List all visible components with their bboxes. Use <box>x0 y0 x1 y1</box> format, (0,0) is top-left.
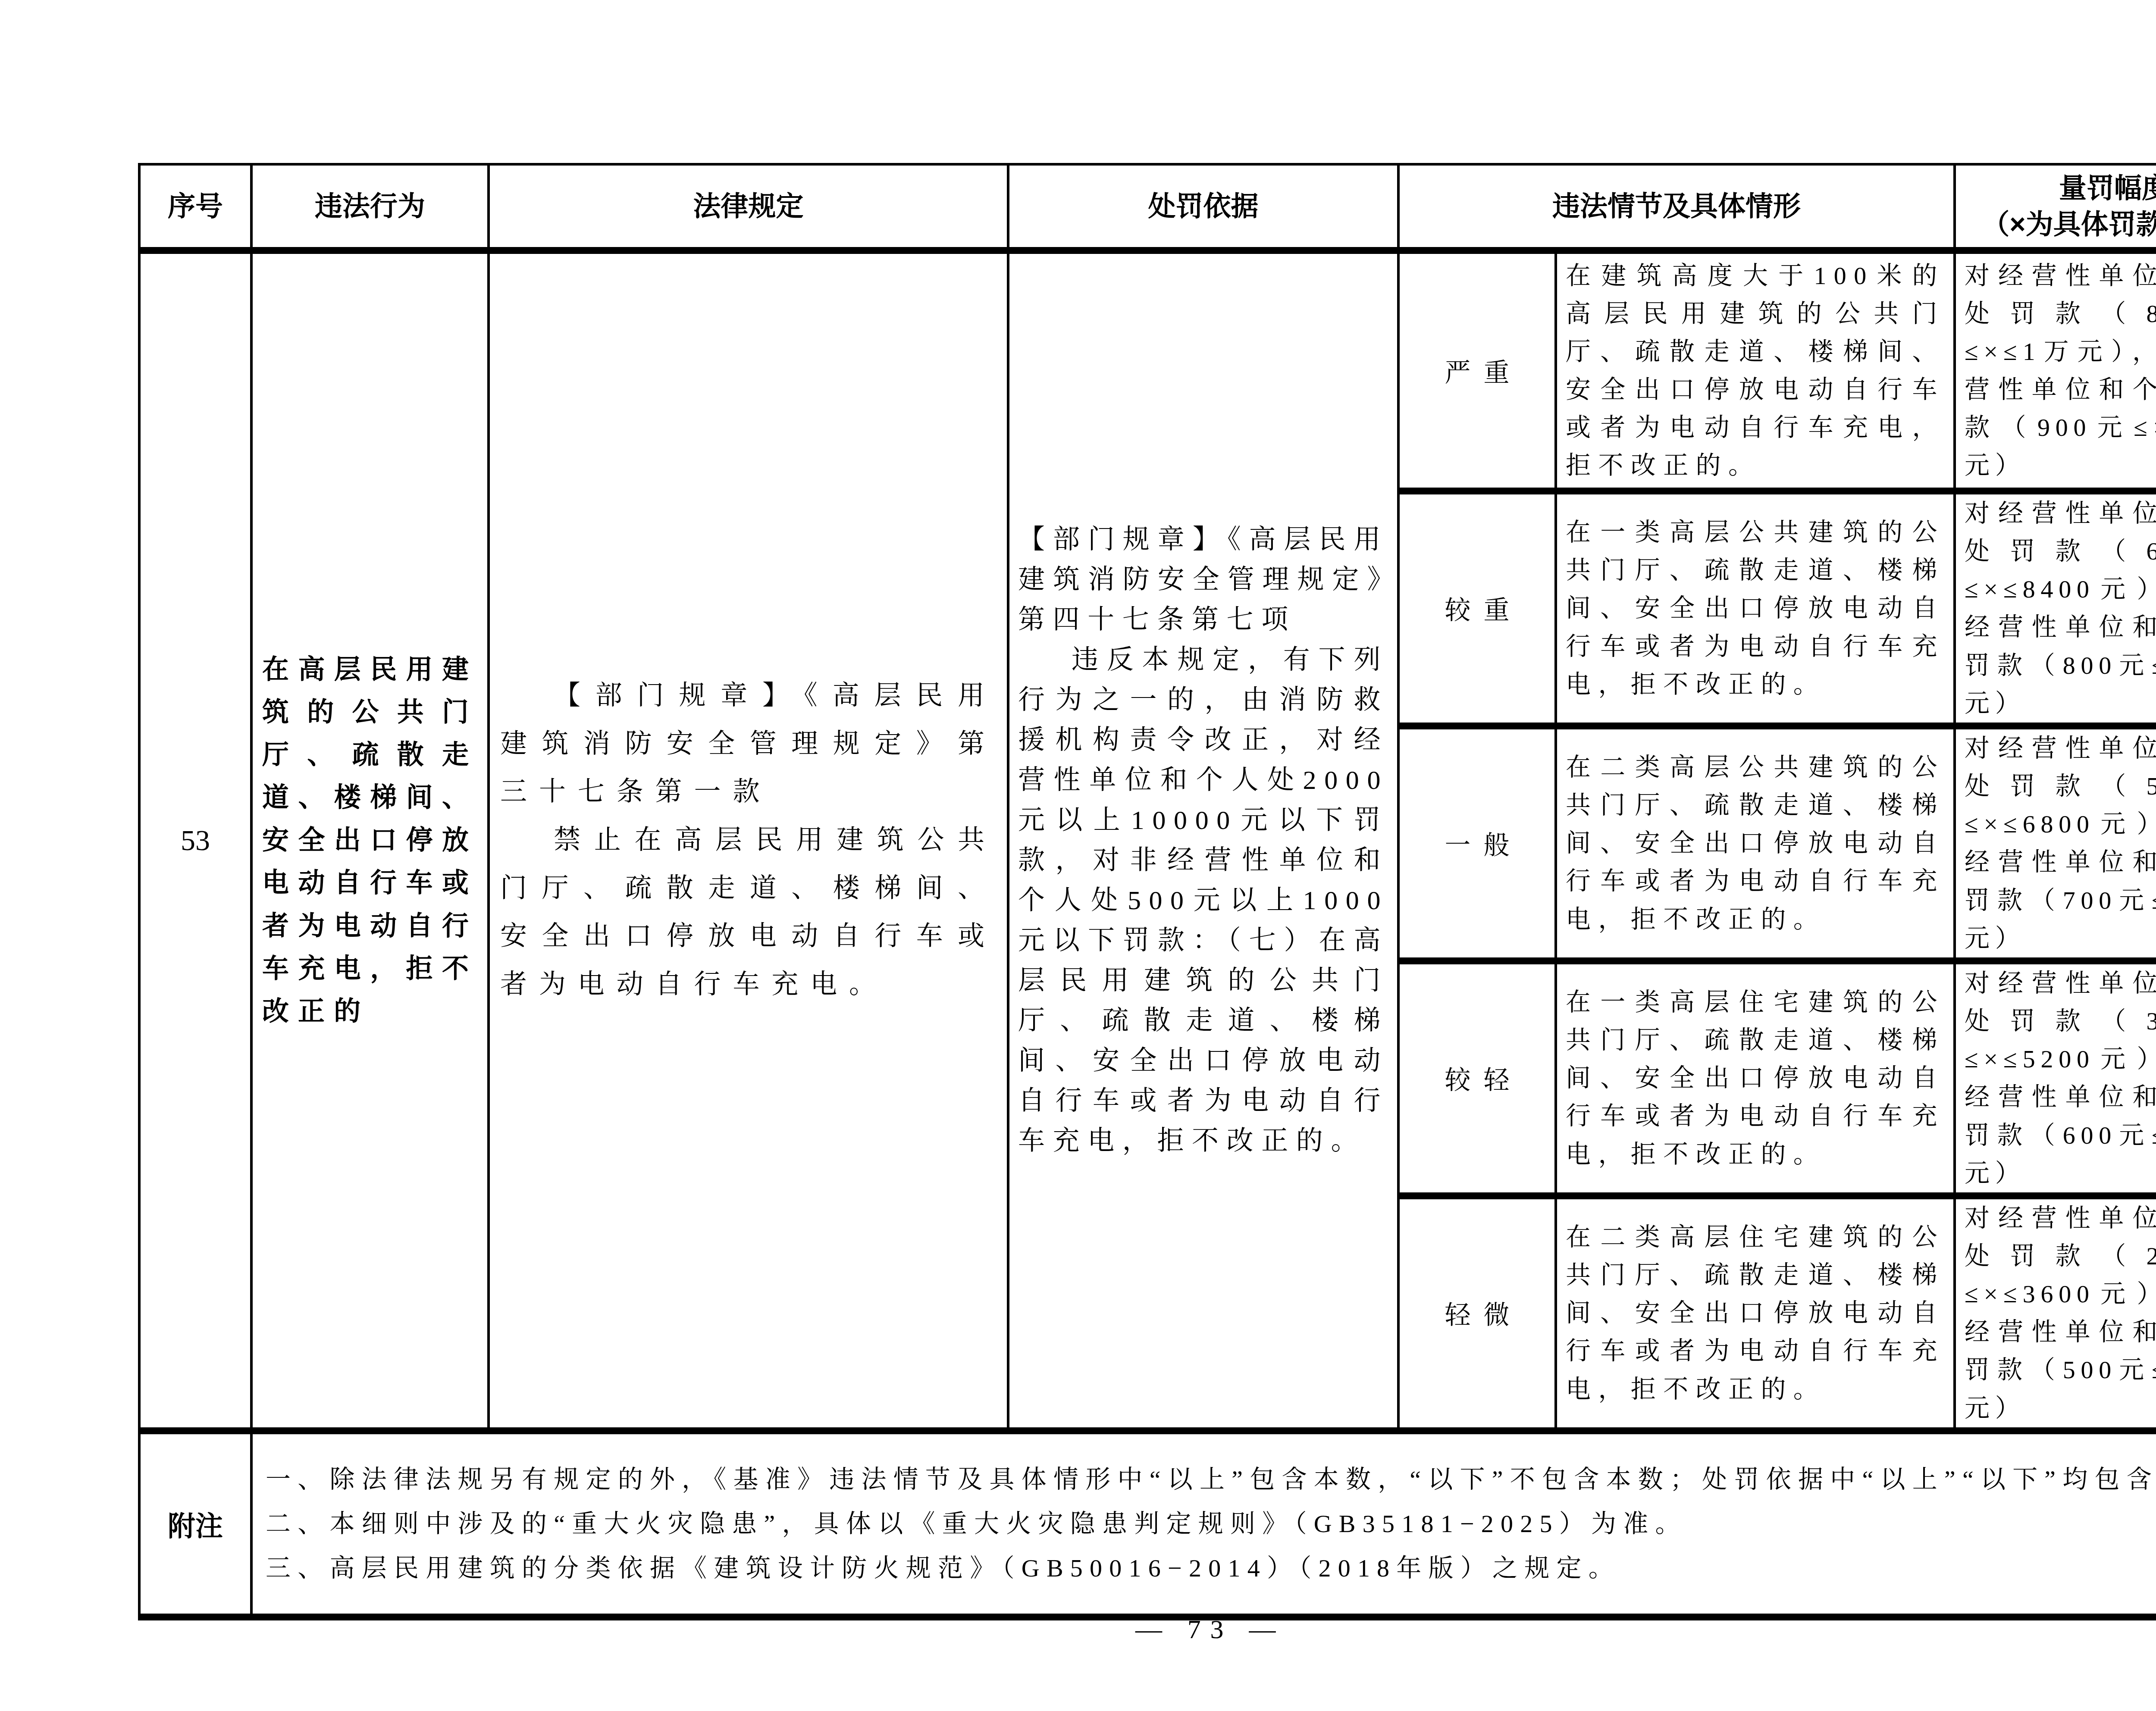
header-legal-label: 法律规定 <box>693 191 804 222</box>
table-header-row: 序号 违法行为 法律规定 处罚依据 违法情节及具体情形 量罚幅度 （×为具体罚款… <box>139 164 2156 250</box>
severity-level-serious: 较重 <box>1398 491 1556 726</box>
fine-range-slight: 对经营性单位和个人处罚款（2000元≤×≤3600元），对非经营性单位和个人处罚… <box>1955 1196 2156 1431</box>
fine-range-general: 对经营性单位和个人处罚款（5200元≤×≤6800元），对非经营性单位和个人处罚… <box>1955 726 2156 961</box>
situation-description-text: 在建筑高度大于100米的高层民用建筑的公共门厅、疏散走道、楼梯间、安全出口停放电… <box>1566 262 1945 480</box>
notes-label-cell: 附注 <box>139 1431 251 1617</box>
severity-level-label: 较轻 <box>1445 1066 1523 1095</box>
header-range-line2: （×为具体罚款金额） <box>1960 206 2156 242</box>
severity-level-label: 一般 <box>1445 831 1523 860</box>
header-behavior-label: 违法行为 <box>315 191 425 222</box>
header-behavior: 违法行为 <box>251 164 489 250</box>
situation-description-minor: 在一类高层住宅建筑的公共门厅、疏散走道、楼梯间、安全出口停放电动自行车或者为电动… <box>1556 961 1955 1196</box>
header-situation: 违法情节及具体情形 <box>1398 164 1955 250</box>
illegal-behavior-cell: 在高层民用建筑的公共门厅、疏散走道、楼梯间、安全出口停放电动自行车或者为电动自行… <box>251 250 489 1431</box>
note-item-1: 一、除法律法规另有规定的外，《基准》违法情节及具体情形中“以上”包含本数，“以下… <box>266 1457 2156 1501</box>
note-item-2: 二、本细则中涉及的“重大火灾隐患”，具体以《重大火灾隐患判定规则》（GB3518… <box>266 1501 2156 1546</box>
legal-provision-p1: 【部门规章】《高层民用建筑消防安全管理规定》第三十七条第一款 <box>500 672 997 816</box>
severity-level-label: 严重 <box>1445 359 1523 387</box>
penalty-basis-cell: 【部门规章】《高层民用建筑消防安全管理规定》第四十七条第七项 违反本规定，有下列… <box>1008 250 1398 1431</box>
legal-provision-p2: 禁止在高层民用建筑公共门厅、疏散走道、楼梯间、安全出口停放电动自行车或者为电动自… <box>500 816 997 1009</box>
severity-level-severe: 严重 <box>1398 250 1556 491</box>
fine-range-text: 对经营性单位和个人处罚款（2000元≤×≤3600元），对非经营性单位和个人处罚… <box>1965 1204 2156 1422</box>
table-row-severe: 53 在高层民用建筑的公共门厅、疏散走道、楼梯间、安全出口停放电动自行车或者为电… <box>139 250 2156 491</box>
legal-provision-cell: 【部门规章】《高层民用建筑消防安全管理规定》第三十七条第一款 禁止在高层民用建筑… <box>489 250 1008 1431</box>
fine-range-minor: 对经营性单位和个人处罚款（3600元≤×≤5200元），对非经营性单位和个人处罚… <box>1955 961 2156 1196</box>
fine-range-text: 对经营性单位和个人处罚款（8400元≤×≤1万元），对非经营性单位和个人处罚款（… <box>1965 262 2156 480</box>
situation-description-serious: 在一类高层公共建筑的公共门厅、疏散走道、楼梯间、安全出口停放电动自行车或者为电动… <box>1556 491 1955 726</box>
header-legal: 法律规定 <box>489 164 1008 250</box>
header-range: 量罚幅度 （×为具体罚款金额） <box>1955 164 2156 250</box>
serial-number: 53 <box>181 824 210 857</box>
fine-range-text: 对经营性单位和个人处罚款（6800元≤×≤8400元），对非经营性单位和个人处罚… <box>1965 499 2156 717</box>
illegal-behavior-text: 在高层民用建筑的公共门厅、疏散走道、楼梯间、安全出口停放电动自行车或者为电动自行… <box>262 655 478 1027</box>
fine-range-severe: 对经营性单位和个人处罚款（8400元≤×≤1万元），对非经营性单位和个人处罚款（… <box>1955 250 2156 491</box>
serial-number-cell: 53 <box>139 250 251 1431</box>
situation-description-slight: 在二类高层住宅建筑的公共门厅、疏散走道、楼梯间、安全出口停放电动自行车或者为电动… <box>1556 1196 1955 1431</box>
situation-description-text: 在二类高层公共建筑的公共门厅、疏散走道、楼梯间、安全出口停放电动自行车或者为电动… <box>1566 753 1945 933</box>
table-notes-row: 附注 一、除法律法规另有规定的外，《基准》违法情节及具体情形中“以上”包含本数，… <box>139 1431 2156 1617</box>
fine-range-serious: 对经营性单位和个人处罚款（6800元≤×≤8400元），对非经营性单位和个人处罚… <box>1955 491 2156 726</box>
penalty-standards-table: 序号 违法行为 法律规定 处罚依据 违法情节及具体情形 量罚幅度 （×为具体罚款… <box>138 163 2156 1620</box>
header-serial: 序号 <box>139 164 251 250</box>
header-serial-label: 序号 <box>168 191 223 222</box>
header-situation-label: 违法情节及具体情形 <box>1552 191 1801 222</box>
penalty-basis-p1: 【部门规章】《高层民用建筑消防安全管理规定》第四十七条第七项 <box>1018 520 1388 640</box>
page-number: — 73 — <box>0 1614 2156 1645</box>
severity-level-minor: 较轻 <box>1398 961 1556 1196</box>
note-item-3: 三、高层民用建筑的分类依据《建筑设计防火规范》（GB50016−2014）（20… <box>266 1546 2156 1590</box>
situation-description-general: 在二类高层公共建筑的公共门厅、疏散走道、楼梯间、安全出口停放电动自行车或者为电动… <box>1556 726 1955 961</box>
header-basis-label: 处罚依据 <box>1148 191 1259 222</box>
header-basis: 处罚依据 <box>1008 164 1398 250</box>
severity-level-label: 轻微 <box>1445 1301 1523 1329</box>
header-range-line1: 量罚幅度 <box>1960 170 2156 206</box>
severity-level-slight: 轻微 <box>1398 1196 1556 1431</box>
situation-description-text: 在一类高层公共建筑的公共门厅、疏散走道、楼梯间、安全出口停放电动自行车或者为电动… <box>1566 518 1945 698</box>
fine-range-text: 对经营性单位和个人处罚款（5200元≤×≤6800元），对非经营性单位和个人处罚… <box>1965 734 2156 952</box>
notes-label: 附注 <box>168 1511 223 1542</box>
penalty-basis-p2: 违反本规定，有下列行为之一的，由消防救援机构责令改正，对经营性单位和个人处200… <box>1018 640 1388 1161</box>
severity-level-general: 一般 <box>1398 726 1556 961</box>
fine-range-text: 对经营性单位和个人处罚款（3600元≤×≤5200元），对非经营性单位和个人处罚… <box>1965 969 2156 1187</box>
severity-level-label: 较重 <box>1445 596 1523 625</box>
situation-description-text: 在二类高层住宅建筑的公共门厅、疏散走道、楼梯间、安全出口停放电动自行车或者为电动… <box>1566 1223 1945 1403</box>
situation-description-severe: 在建筑高度大于100米的高层民用建筑的公共门厅、疏散走道、楼梯间、安全出口停放电… <box>1556 250 1955 491</box>
situation-description-text: 在一类高层住宅建筑的公共门厅、疏散走道、楼梯间、安全出口停放电动自行车或者为电动… <box>1566 988 1945 1168</box>
notes-content-cell: 一、除法律法规另有规定的外，《基准》违法情节及具体情形中“以上”包含本数，“以下… <box>251 1431 2156 1617</box>
